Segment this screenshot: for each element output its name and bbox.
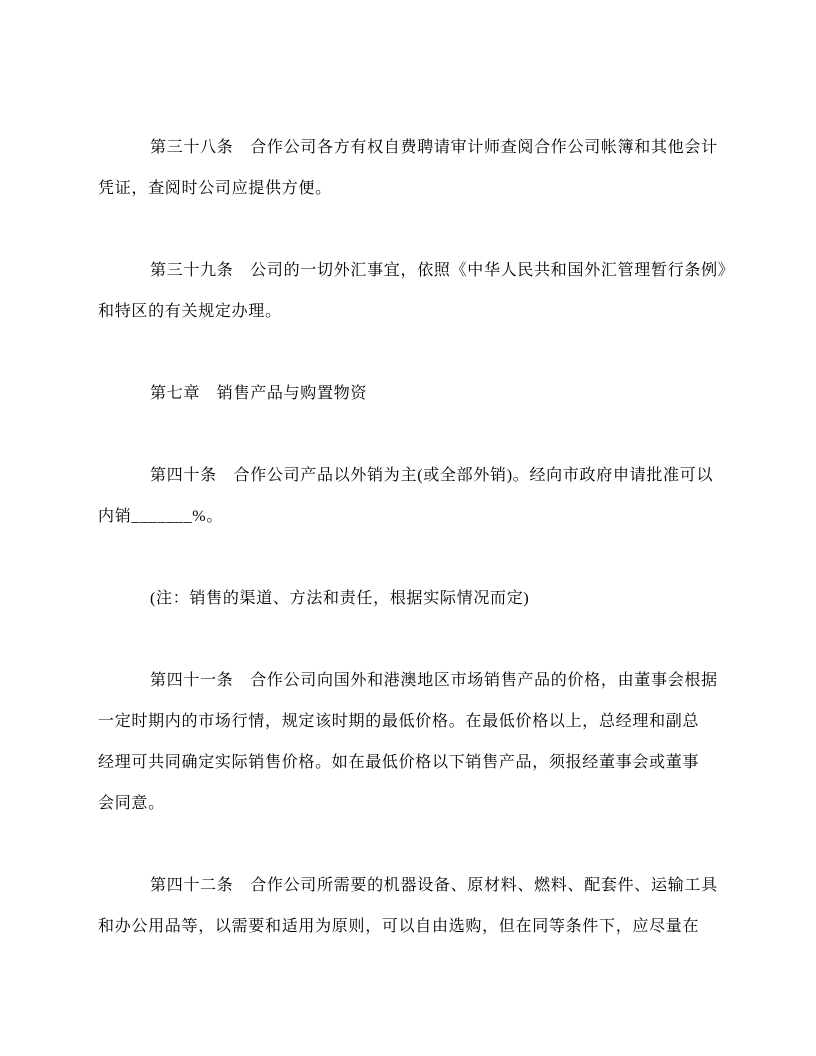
document-page: 第三十八条 合作公司各方有权自费聘请审计师查阅合作公司帐簿和其他会计 凭证，查阅… (0, 0, 816, 1056)
document-body: 第三十八条 合作公司各方有权自费聘请审计师查阅合作公司帐簿和其他会计 凭证，查阅… (98, 127, 720, 947)
article-38-line-2: 凭证，查阅时公司应提供方便。 (98, 168, 720, 209)
article-41-line-2: 一定时期内的市场行情，规定该时期的最低价格。在最低价格以上，总经理和副总 (98, 701, 720, 742)
article-41-line-4: 会同意。 (98, 783, 720, 824)
article-40-paragraph: 第四十条 合作公司产品以外销为主(或全部外销)。经向市政府申请批准可以 内销__… (98, 455, 720, 537)
article-38-paragraph: 第三十八条 合作公司各方有权自费聘请审计师查阅合作公司帐簿和其他会计 凭证，查阅… (98, 127, 720, 209)
article-41-line-1: 第四十一条 合作公司向国外和港澳地区市场销售产品的价格，由董事会根据 (98, 660, 720, 701)
article-42-paragraph: 第四十二条 合作公司所需要的机器设备、原材料、燃料、配套件、运输工具 和办公用品… (98, 865, 720, 947)
article-39-line-2: 和特区的有关规定办理。 (98, 291, 720, 332)
article-39-paragraph: 第三十九条 公司的一切外汇事宜，依照《中华人民共和国外汇管理暂行条例》 和特区的… (98, 250, 720, 332)
chapter-7-heading: 第七章 销售产品与购置物资 (98, 373, 720, 414)
note-paragraph: (注：销售的渠道、方法和责任，根据实际情况而定) (98, 578, 720, 619)
note-line: (注：销售的渠道、方法和责任，根据实际情况而定) (98, 578, 720, 619)
article-42-line-1: 第四十二条 合作公司所需要的机器设备、原材料、燃料、配套件、运输工具 (98, 865, 720, 906)
article-38-line-1: 第三十八条 合作公司各方有权自费聘请审计师查阅合作公司帐簿和其他会计 (98, 127, 720, 168)
article-41-paragraph: 第四十一条 合作公司向国外和港澳地区市场销售产品的价格，由董事会根据 一定时期内… (98, 660, 720, 824)
article-39-line-1: 第三十九条 公司的一切外汇事宜，依照《中华人民共和国外汇管理暂行条例》 (98, 250, 720, 291)
article-42-line-2: 和办公用品等，以需要和适用为原则，可以自由选购，但在同等条件下，应尽量在 (98, 906, 720, 947)
article-40-line-1: 第四十条 合作公司产品以外销为主(或全部外销)。经向市政府申请批准可以 (98, 455, 720, 496)
chapter-7-heading-line: 第七章 销售产品与购置物资 (98, 373, 720, 414)
article-40-line-2-fill-in-blank: 内销_______%。 (98, 496, 720, 537)
article-41-line-3: 经理可共同确定实际销售价格。如在最低价格以下销售产品，须报经董事会或董事 (98, 742, 720, 783)
